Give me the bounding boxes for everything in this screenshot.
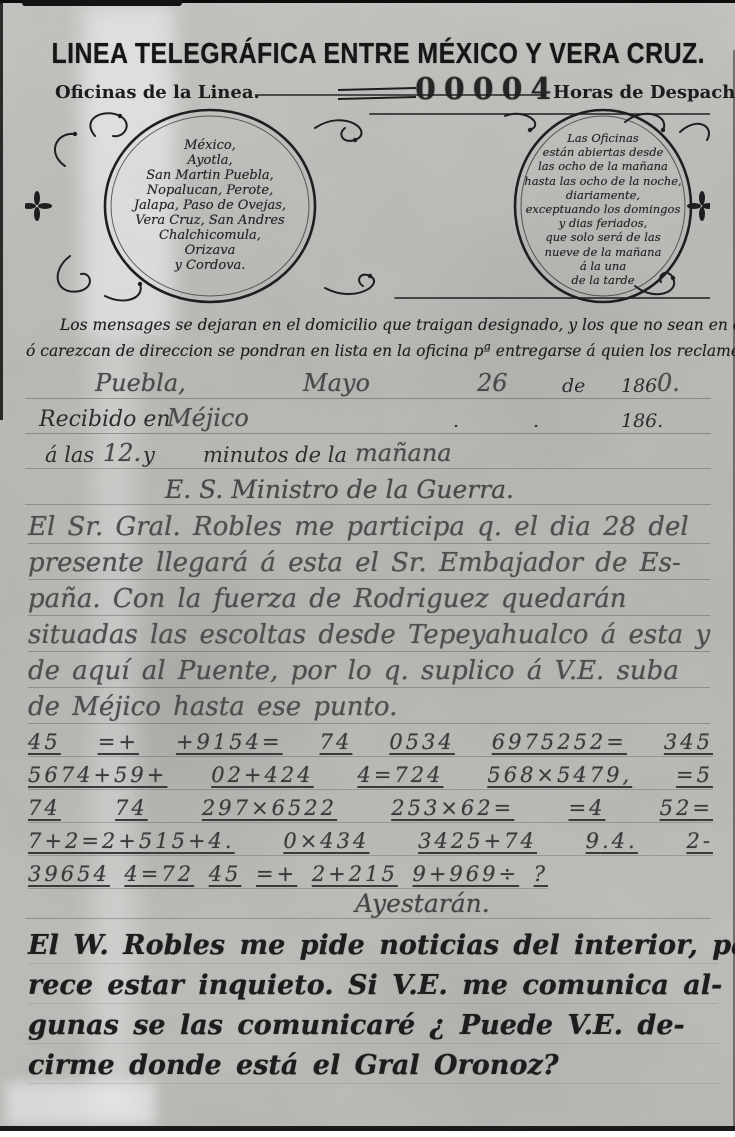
scan-edge-bottom (0, 1126, 735, 1131)
hours-line: á la una (505, 259, 701, 273)
offices-label: Oficinas de la Linea. (55, 82, 260, 103)
notice-line: Los mensages se dejaran en el domicilio … (26, 312, 728, 338)
hours-line: exceptuando los domingos (505, 202, 701, 216)
cipher-line: 45=++9154=7405346975252=345 (28, 724, 713, 757)
hours-line: nueve de la mañana (505, 245, 701, 259)
received-year-printed: 186. (621, 410, 663, 432)
hours-line: hasta las ocho de la noche, (505, 174, 701, 188)
received-label: Recibido en (39, 407, 171, 432)
addressee-name: E. S. Ministro de la Guerra. (165, 475, 514, 504)
addressee-row: E. S. Ministro de la Guerra. (25, 474, 711, 505)
postscript-line: rece estar inquieto. Si V.E. me comunica… (28, 964, 718, 1004)
cipher-group: =4 (568, 796, 605, 820)
office-name: Nopalucan, Perote, (100, 183, 320, 198)
cipher-group: ? (534, 862, 548, 886)
cipher-group: 345 (664, 730, 713, 754)
cipher-group: 45 (209, 862, 242, 886)
opening-hours-text: Las Oficinasestán abiertas desdelas ocho… (505, 131, 701, 287)
origin-place-value: Puebla, (95, 369, 186, 397)
cipher-group: =+ (98, 730, 139, 754)
scan-edge-top (22, 0, 182, 6)
scan-light-artifact (6, 1082, 156, 1126)
time-conjunction: y (143, 443, 155, 467)
received-dot: . (533, 410, 539, 432)
cipher-group: 74 (115, 796, 148, 820)
cipher-group: 253×62= (391, 796, 514, 820)
postscript-line: gunas se las comunicaré ¿ Puede V.E. de- (28, 1004, 718, 1044)
postscript-body: El W. Robles me pide noticias del interi… (28, 924, 718, 1084)
hours-line: están abiertas desde (505, 145, 701, 159)
hours-label: Horas de Despacho. (553, 82, 735, 103)
hours-line: Las Oficinas (505, 131, 701, 145)
hours-line: las ocho de la mañana (505, 159, 701, 173)
serial-equals-mark (338, 87, 416, 100)
received-row: Recibido en Méjico . . 186. (25, 403, 711, 434)
cipher-group: 7+2=2+515+4. (28, 829, 235, 853)
message-line: paña. Con la fuerza de Rodriguez quedará… (28, 580, 710, 616)
hours-line: y dias feriados, (505, 216, 701, 230)
hours-line: que solo será de las (505, 230, 701, 244)
cipher-group: 568×5479, (487, 763, 632, 787)
office-name: Vera Cruz, San Andres (100, 213, 320, 228)
cipher-line: 396544=7245=+2+2159+969÷? (28, 856, 548, 889)
period-value: mañana (355, 439, 452, 467)
office-name: México, (100, 138, 320, 153)
postscript-line: El W. Robles me pide noticias del interi… (28, 924, 718, 964)
cipher-group: 0534 (389, 730, 454, 754)
serial-number-stamp: 00004 (415, 72, 559, 107)
cipher-group: 74 (320, 730, 353, 754)
cipher-group: 52= (660, 796, 713, 820)
telegraph-form-page: LINEA TELEGRÁFICA ENTRE MÉXICO Y VERA CR… (0, 0, 735, 1137)
hours-line: diariamente, (505, 188, 701, 202)
month-value: Mayo (303, 369, 370, 397)
cipher-group: 9+969÷ (412, 862, 519, 886)
cipher-group: 5674+59+ (28, 763, 167, 787)
cipher-group: 6975252= (492, 730, 627, 754)
page-title: LINEA TELEGRÁFICA ENTRE MÉXICO Y VERA CR… (51, 38, 683, 71)
message-line: presente llegará á esta el Sr. Embajador… (28, 544, 710, 580)
message-line: de Méjico hasta ese punto. (28, 688, 710, 724)
received-dot: . (453, 410, 459, 432)
received-place-value: Méjico (167, 404, 249, 432)
message-line: El Sr. Gral. Robles me participa q. el d… (28, 508, 710, 544)
cipher-group: 0×434 (283, 829, 369, 853)
message-body: El Sr. Gral. Robles me participa q. el d… (28, 508, 710, 724)
minutes-label: minutos de la (203, 443, 347, 467)
hour-value: 12. (103, 439, 141, 467)
cipher-line: 5674+59+02+4244=724568×5479,=5 (28, 757, 713, 790)
cipher-group: 9.4. (586, 829, 638, 853)
office-name: y Cordova. (100, 258, 320, 273)
date-row: Puebla, Mayo 26 de 186 0. (25, 368, 711, 399)
cipher-group: 02+424 (211, 763, 313, 787)
message-line: de aquí al Puente, por lo q. suplico á V… (28, 652, 710, 688)
office-name: San Martin Puebla, (100, 168, 320, 183)
time-prefix: á las (45, 443, 94, 467)
cipher-line: 7474297×6522253×62==452= (28, 790, 713, 823)
cipher-group: =5 (676, 763, 713, 787)
cipher-group: 4=72 (124, 862, 194, 886)
cipher-group: 2- (686, 829, 712, 853)
office-name: Jalapa, Paso de Ovejas, (100, 198, 320, 213)
cipher-line: 7+2=2+515+4.0×4343425+749.4.2- (28, 823, 713, 856)
cipher-group: 297×6522 (202, 796, 337, 820)
hours-line: de la tarde (505, 273, 701, 287)
time-row: á las 12. y minutos de la mañana (25, 438, 711, 469)
cipher-group: 4=724 (357, 763, 443, 787)
de-label: de (562, 375, 585, 397)
cipher-group: +9154= (176, 730, 283, 754)
cipher-group: =+ (256, 862, 297, 886)
message-line: situadas las escoltas desde Tepeyahualco… (28, 616, 710, 652)
offices-list: México,Ayotla,San Martin Puebla,Nopaluca… (100, 138, 320, 273)
scan-edge-left (0, 0, 3, 420)
day-value: 26 (477, 369, 508, 397)
year-printed: 186 (621, 375, 657, 397)
office-name: Ayotla, (100, 153, 320, 168)
signature-row: Ayestarán. (25, 889, 711, 919)
signature-name: Ayestarán. (355, 889, 490, 918)
year-written: 0. (657, 369, 680, 397)
office-name: Orizava (100, 243, 320, 258)
cipher-group: 45 (28, 730, 61, 754)
cipher-group: 3425+74 (418, 829, 537, 853)
cipher-group: 74 (28, 796, 61, 820)
cipher-block: 45=++9154=7405346975252=345 5674+59+02+4… (28, 724, 713, 889)
delivery-notice: Los mensages se dejaran en el domicilio … (26, 312, 728, 364)
notice-line: ó carezcan de direccion se pondran en li… (26, 338, 728, 364)
cipher-group: 2+215 (312, 862, 398, 886)
office-name: Chalchicomula, (100, 228, 320, 243)
cipher-group: 39654 (28, 862, 110, 886)
postscript-line: cirme donde está el Gral Oronoz? (28, 1044, 718, 1084)
